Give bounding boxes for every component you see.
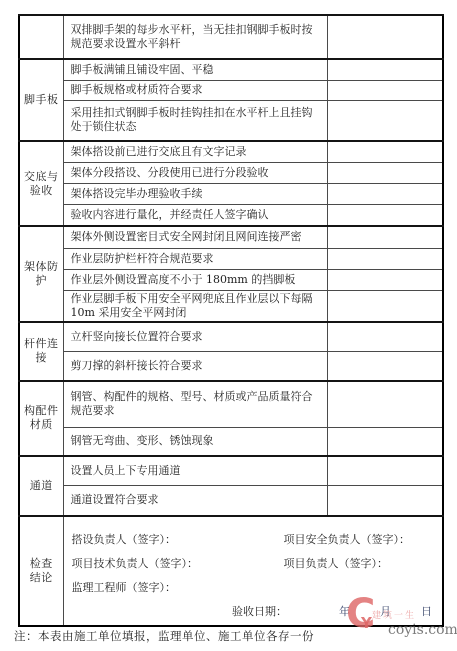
table-row: 钢管无弯曲、变形、锈蚀现象: [19, 428, 443, 456]
item-text: 验收内容进行量化，并经责任人签字确认: [63, 204, 327, 226]
table-row: 采用挂扣式钢脚手板时挂钩挂扣在水平杆上且挂钩处于锁住状态: [19, 100, 443, 141]
signature-line: 监理工程师（签字）：: [72, 576, 437, 600]
signature-label: 项目负责人（签字）：: [284, 557, 437, 571]
table-row: 作业层脚手板下用安全平网兜底且作业层以下每隔 10m 采用安全平网封闭: [19, 290, 443, 322]
date-label: 验收日期：: [232, 605, 287, 619]
item-text: 钢管无弯曲、变形、锈蚀现象: [63, 428, 327, 456]
table-row: 杆件连 接 立杆竖向接长位置符合要求: [19, 322, 443, 352]
table-row: 通道 设置人员上下专用通道: [19, 456, 443, 486]
item-text: 架体搭设前已进行交底且有文字记录: [63, 141, 327, 162]
conclusion-cell: 搭设负责人（签字）： 项目安全负责人（签字）： 项目技术负责人（签字）： 项目负…: [63, 516, 443, 626]
table-row: 双排脚手架的每步水平杆，当无挂扣钢脚手板时按规范要求设置水平斜杆: [19, 15, 443, 59]
signature-line: 项目技术负责人（签字）： 项目负责人（签字）：: [72, 552, 437, 576]
date-month-label: 月: [380, 605, 391, 619]
result-cell: [327, 162, 443, 183]
result-cell: [327, 352, 443, 381]
item-text: 通道设置符合要求: [63, 486, 327, 516]
item-text: 架体搭设完毕办理验收手续: [63, 183, 327, 204]
result-cell: [327, 59, 443, 80]
date-year-label: 年: [339, 605, 350, 619]
result-cell: [327, 381, 443, 428]
result-cell: [327, 204, 443, 226]
result-cell: [327, 141, 443, 162]
item-text: 脚手板满铺且铺设牢固、平稳: [63, 59, 327, 80]
item-text: 钢管、构配件的规格、型号、材质或产品质量符合规范要求: [63, 381, 327, 428]
result-cell: [327, 183, 443, 204]
table-row: 作业层外侧设置高度不小于 180mm 的挡脚板: [19, 269, 443, 290]
table-row: 通道设置符合要求: [19, 486, 443, 516]
category-cell: 杆件连 接: [19, 322, 63, 381]
table-row: 作业层防护栏杆符合规范要求: [19, 248, 443, 269]
table-row: 脚手板规格或材质符合要求: [19, 80, 443, 100]
item-text: 剪刀撑的斜杆接长符合要求: [63, 352, 327, 381]
signature-label: 项目安全负责人（签字）：: [284, 533, 437, 547]
conclusion-row: 检查 结论 搭设负责人（签字）： 项目安全负责人（签字）： 项目技术负责人（签字…: [19, 516, 443, 626]
table-row: 构配件 材质 钢管、构配件的规格、型号、材质或产品质量符合规范要求: [19, 381, 443, 428]
item-text: 作业层防护栏杆符合规范要求: [63, 248, 327, 269]
item-text: 脚手板规格或材质符合要求: [63, 80, 327, 100]
item-text: 设置人员上下专用通道: [63, 456, 327, 486]
inspection-form: 双排脚手架的每步水平杆，当无挂扣钢脚手板时按规范要求设置水平斜杆 脚手板 脚手板…: [18, 14, 444, 627]
category-cell: 构配件 材质: [19, 381, 63, 456]
result-cell: [327, 486, 443, 516]
category-cell: [19, 15, 63, 59]
table-row: 脚手板 脚手板满铺且铺设牢固、平稳: [19, 59, 443, 80]
item-text: 作业层外侧设置高度不小于 180mm 的挡脚板: [63, 269, 327, 290]
table-row: 架体分段搭设、分段使用已进行分段验收: [19, 162, 443, 183]
item-text: 采用挂扣式钢脚手板时挂钩挂扣在水平杆上且挂钩处于锁住状态: [63, 100, 327, 141]
result-cell: [327, 248, 443, 269]
table-row: 剪刀撑的斜杆接长符合要求: [19, 352, 443, 381]
item-text: 立杆竖向接长位置符合要求: [63, 322, 327, 352]
category-cell: 脚手板: [19, 59, 63, 141]
result-cell: [327, 15, 443, 59]
date-day-label: 日: [421, 605, 432, 619]
result-cell: [327, 269, 443, 290]
category-cell: 架体防 护: [19, 226, 63, 322]
result-cell: [327, 428, 443, 456]
result-cell: [327, 290, 443, 322]
category-cell: 检查 结论: [19, 516, 63, 626]
item-text: 架体分段搭设、分段使用已进行分段验收: [63, 162, 327, 183]
signature-line: 搭设负责人（签字）： 项目安全负责人（签字）：: [72, 528, 437, 552]
category-cell: 通道: [19, 456, 63, 516]
result-cell: [327, 80, 443, 100]
table-row: 验收内容进行量化，并经责任人签字确认: [19, 204, 443, 226]
table-row: 交底与 验收 架体搭设前已进行交底且有文字记录: [19, 141, 443, 162]
result-cell: [327, 322, 443, 352]
table-row: 架体搭设完毕办理验收手续: [19, 183, 443, 204]
result-cell: [327, 226, 443, 248]
signature-label: 项目技术负责人（签字）：: [72, 557, 284, 571]
footer-note: 注：本表由施工单位填报，监理单位、施工单位各存一份: [14, 628, 314, 644]
acceptance-date-line: 验收日期： 年 月 日: [72, 602, 437, 622]
signature-label: 搭设负责人（签字）：: [72, 533, 284, 547]
signature-label: 监理工程师（签字）：: [72, 581, 284, 595]
item-text: 作业层脚手板下用安全平网兜底且作业层以下每隔 10m 采用安全平网封闭: [63, 290, 327, 322]
inspection-table: 双排脚手架的每步水平杆，当无挂扣钢脚手板时按规范要求设置水平斜杆 脚手板 脚手板…: [18, 14, 444, 627]
item-text: 双排脚手架的每步水平杆，当无挂扣钢脚手板时按规范要求设置水平斜杆: [63, 15, 327, 59]
category-cell: 交底与 验收: [19, 141, 63, 226]
result-cell: [327, 100, 443, 141]
item-text: 架体外侧设置密目式安全网封闭且网间连接严密: [63, 226, 327, 248]
table-row: 架体防 护 架体外侧设置密目式安全网封闭且网间连接严密: [19, 226, 443, 248]
result-cell: [327, 456, 443, 486]
